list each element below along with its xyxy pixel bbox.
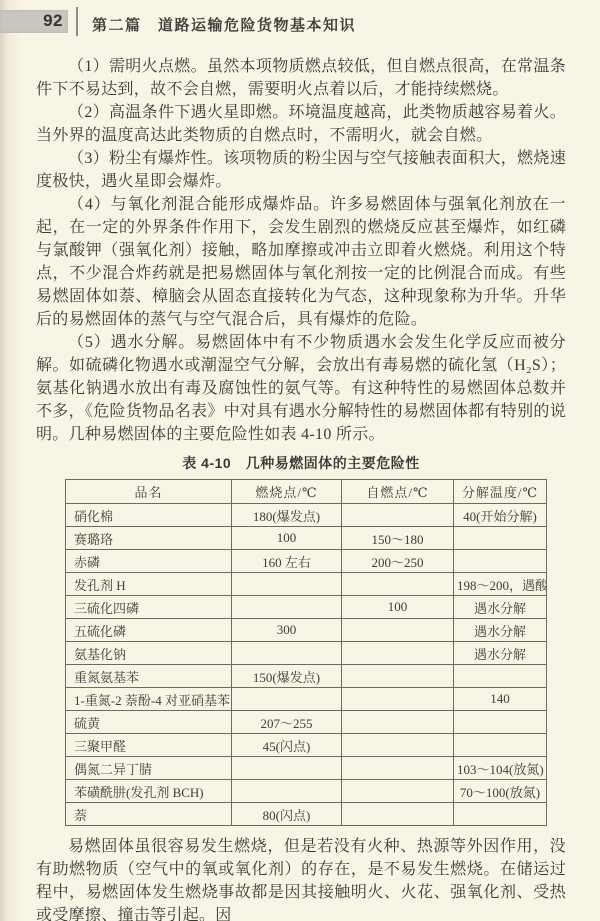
table-cell [454,665,547,688]
table-cell [232,642,342,665]
table-cell: 70～100(放氮) [454,780,547,803]
table-cell [232,573,342,596]
table-header-row: 品名 燃烧点/℃ 自燃点/℃ 分解温度/℃ [66,480,547,504]
table-row: 苯磺酰肼(发孔剂 BCH) 70～100(放氮) [66,780,547,803]
table-row: 硝化棉 180(爆发点) 40(开始分解) [66,504,547,527]
table-cell [232,757,342,780]
page-content: （1）需明火点燃。虽然本项物质燃点较低，但自燃点很高，在常温条件下不易达到，故不… [36,55,566,921]
page-number: 92 [43,11,63,31]
table-cell: 300 [232,619,342,642]
table-cell [454,803,547,826]
table-cell: 偶氮二异丁腈 [66,757,232,780]
table-row: 萘 80(闪点) [66,803,547,826]
table-cell: 苯磺酰肼(发孔剂 BCH) [66,780,232,803]
table-cell: 遇水分解 [454,642,547,665]
table-row: 五硫化磷 300 遇水分解 [66,619,547,642]
table-cell: 遇水分解 [454,619,547,642]
paragraph-2: （2）高温条件下遇火星即燃。环境温度越高，此类物质越容易着火。当外界的温度高达此… [36,101,566,147]
table-cell: 氨基化钠 [66,642,232,665]
table-cell: 遇水分解 [454,596,547,619]
table-cell: 发孔剂 H [66,573,232,596]
table-cell: 三硫化四磷 [66,596,232,619]
table-cell [342,757,454,780]
running-head: 92 第二篇 道路运输危险货物基本知识 [0,0,600,48]
table-cell: 103～104(放氮) [454,757,547,780]
table-cell: 三聚甲醛 [66,734,232,757]
table-cell: 150～180 [342,527,454,550]
table-cell: 40(开始分解) [454,504,547,527]
table-header-cell: 分解温度/℃ [454,480,547,504]
table-cell [454,550,547,573]
table-cell [342,665,454,688]
table-cell: 140 [454,688,547,711]
table-cell [454,527,547,550]
table-row: 1-重氮-2 萘酚-4 对亚硝基苯酚 140 [66,688,547,711]
table-row: 重氮氨基苯 150(爆发点) [66,665,547,688]
chapter-title: 第二篇 道路运输危险货物基本知识 [92,14,356,35]
table-row: 三硫化四磷 100 遇水分解 [66,596,547,619]
table-cell: 198～200，遇酸分解 [454,573,547,596]
table-cell: 赤磷 [66,550,232,573]
table-cell: 硫黄 [66,711,232,734]
table-row: 赤磷 160 左右 200～250 [66,550,547,573]
table-cell [342,619,454,642]
table-header-cell: 自燃点/℃ [342,480,454,504]
table-caption: 表 4-10 几种易燃固体的主要危险性 [36,453,566,473]
table-cell [454,734,547,757]
table-cell [342,734,454,757]
paragraph-4: （4）与氧化剂混合能形成爆炸品。许多易燃固体与强氧化剂放在一起，在一定的外界条件… [36,193,566,331]
table-cell: 150(爆发点) [232,665,342,688]
page-number-bar: 92 [0,10,68,33]
table-cell: 硝化棉 [66,504,232,527]
table-row: 硫黄 207～255 [66,711,547,734]
table-cell: 207～255 [232,711,342,734]
table-cell [454,711,547,734]
table-cell: 五硫化磷 [66,619,232,642]
table-cell [342,711,454,734]
flammable-solids-table: 品名 燃烧点/℃ 自燃点/℃ 分解温度/℃ 硝化棉 180(爆发点) 40(开始… [65,479,547,826]
table-cell [232,596,342,619]
book-page: 92 第二篇 道路运输危险货物基本知识 （1）需明火点燃。虽然本项物质燃点较低，… [0,0,600,921]
table-cell [232,780,342,803]
table-cell [342,504,454,527]
table-header-cell: 品名 [66,480,232,504]
table-cell [342,573,454,596]
header-divider-line [76,7,78,36]
table-cell [342,642,454,665]
table-row: 赛璐珞 100 150～180 [66,527,547,550]
closing-paragraph: 易燃固体虽很容易发生燃烧，但是若没有火种、热源等外因作用，没有助燃物质（空气中的… [36,835,566,921]
table-cell: 180(爆发点) [232,504,342,527]
table-cell: 80(闪点) [232,803,342,826]
table-row: 三聚甲醛 45(闪点) [66,734,547,757]
paragraph-3: （3）粉尘有爆炸性。该项物质的粉尘因与空气接触表面积大，燃烧速度极快，遇火星即会… [36,147,566,193]
table-row: 氨基化钠 遇水分解 [66,642,547,665]
table-cell: 100 [342,596,454,619]
table-cell: 100 [232,527,342,550]
table-cell [342,803,454,826]
table-cell: 萘 [66,803,232,826]
table-row: 偶氮二异丁腈 103～104(放氮) [66,757,547,780]
paragraph-1: （1）需明火点燃。虽然本项物质燃点较低，但自燃点很高，在常温条件下不易达到，故不… [36,55,566,101]
table-cell: 重氮氨基苯 [66,665,232,688]
table-cell: 200～250 [342,550,454,573]
table-header-cell: 燃烧点/℃ [232,480,342,504]
paragraph-5: （5）遇水分解。易燃固体中有不少物质遇水会发生化学反应而被分解。如硫磷化物遇水或… [36,331,566,446]
table-cell: 45(闪点) [232,734,342,757]
table-cell: 赛璐珞 [66,527,232,550]
table-row: 发孔剂 H 198～200，遇酸分解 [66,573,547,596]
table-cell [342,780,454,803]
table-cell: 1-重氮-2 萘酚-4 对亚硝基苯酚 [66,688,232,711]
table-cell: 160 左右 [232,550,342,573]
table-cell [342,688,454,711]
table-cell [232,688,342,711]
